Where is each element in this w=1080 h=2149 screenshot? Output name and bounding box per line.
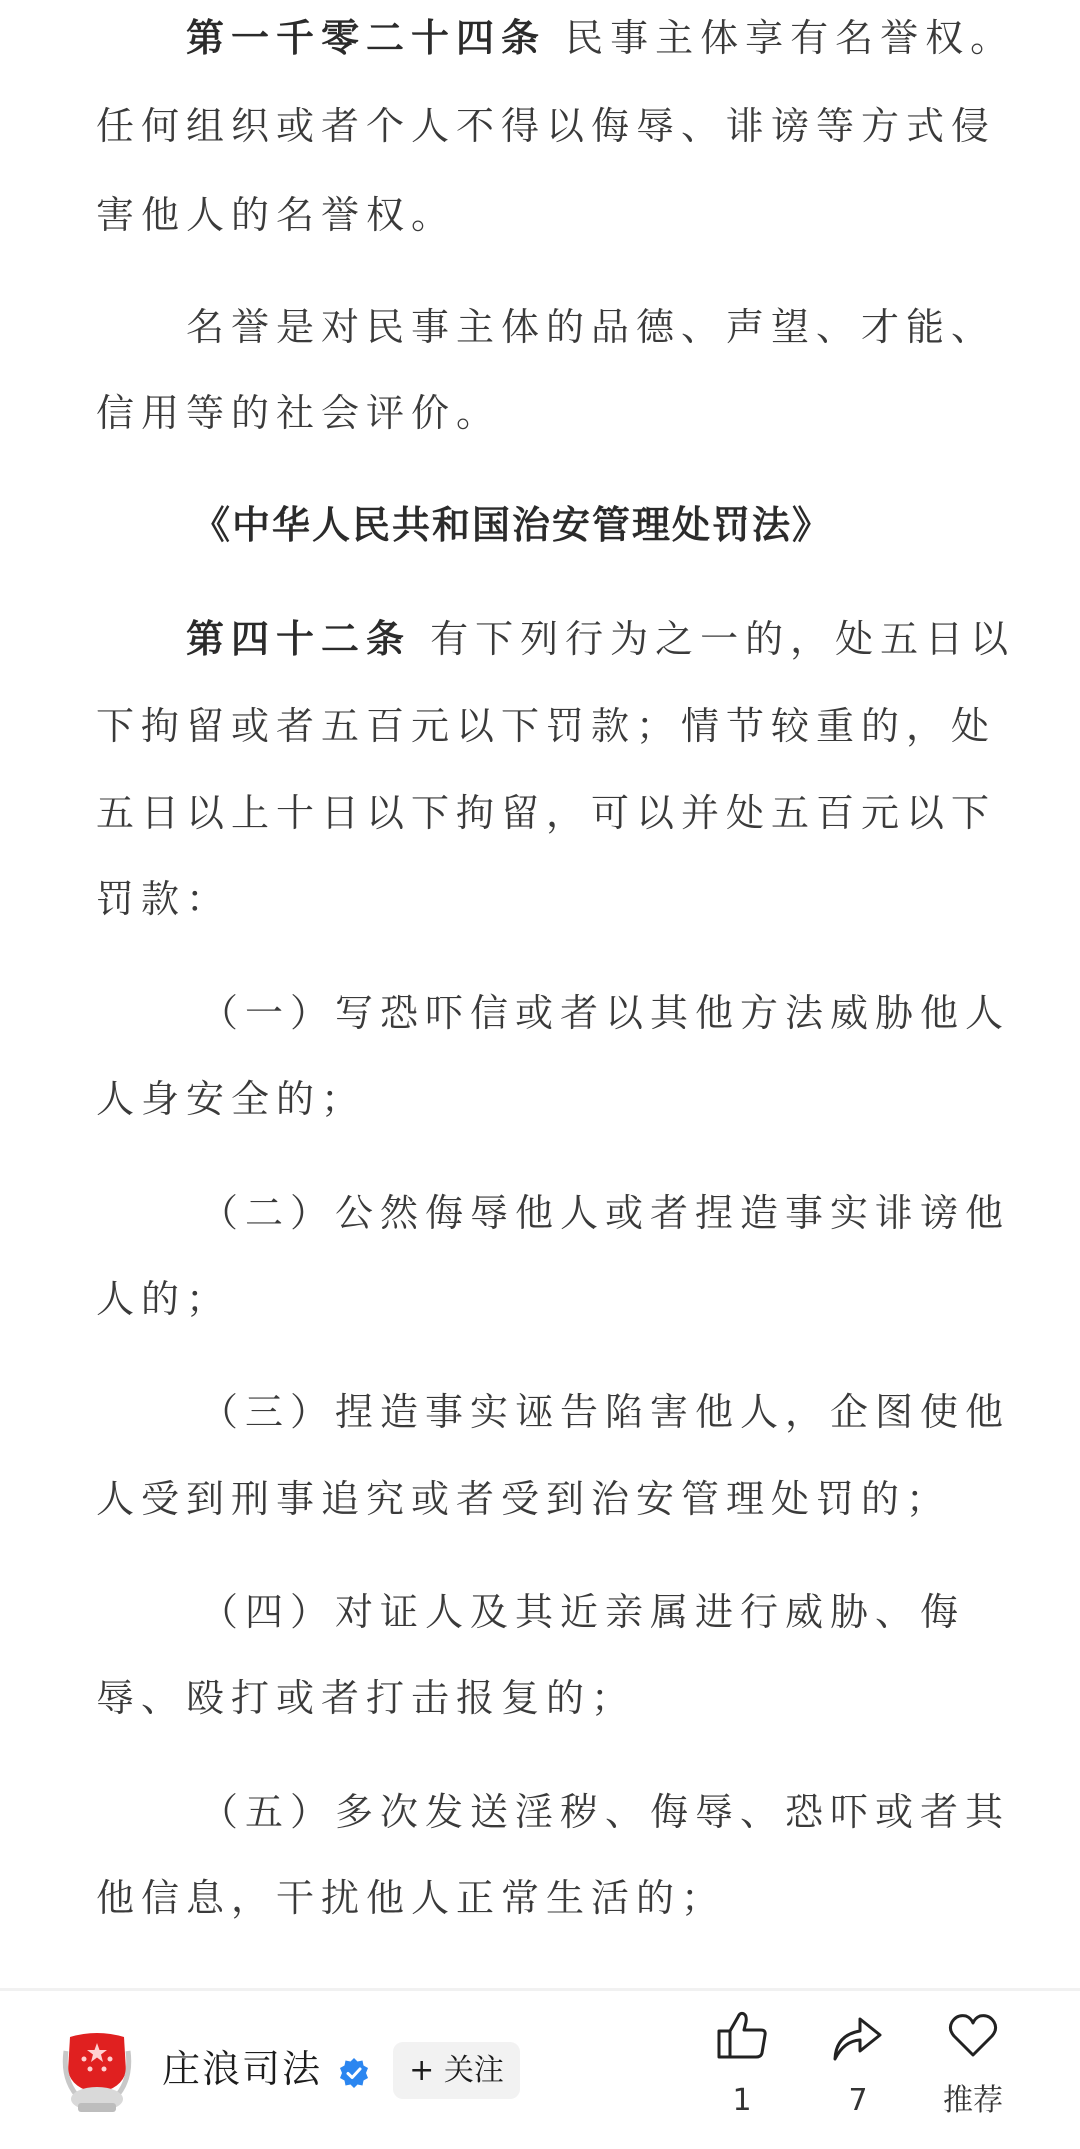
paragraph-line: 害他人的名誉权。 xyxy=(96,193,1026,237)
heart-icon xyxy=(947,2011,999,2061)
share-arrow-icon xyxy=(832,2011,884,2061)
paragraph-line: 任何组织或者个人不得以侮辱、诽谤等方式侵 xyxy=(96,104,1026,148)
follow-button[interactable]: + 关注 xyxy=(393,2042,520,2099)
like-count: 1 xyxy=(702,2083,782,2119)
paragraph-line: 第四十二条 有下列行为之一的，处五日以 xyxy=(186,617,1080,661)
author-avatar[interactable] xyxy=(60,2031,134,2115)
list-item-line: 辱、殴打或者打击报复的； xyxy=(96,1676,1026,1720)
list-item-line: （一）写恐吓信或者以其他方法威胁他人 xyxy=(200,991,1080,1035)
list-item-line: （五）多次发送淫秽、侮辱、恐吓或者其 xyxy=(200,1790,1080,1834)
list-item-line: 人身安全的； xyxy=(96,1077,1026,1121)
like-button[interactable]: 1 xyxy=(702,2011,782,2119)
court-emblem-icon xyxy=(60,2031,134,2115)
thumbs-up-icon xyxy=(716,2011,768,2061)
article-heading: 第一千零二十四条 xyxy=(186,16,546,60)
verified-badge-icon xyxy=(338,2057,370,2089)
law-title: 《中华人民共和国治安管理处罚法》 xyxy=(192,503,1080,547)
paragraph-line: 五日以上十日以下拘留，可以并处五百元以下 xyxy=(96,791,1026,835)
list-item-line: （二）公然侮辱他人或者捏造事实诽谤他 xyxy=(200,1191,1080,1235)
paragraph-line: 名誉是对民事主体的品德、声望、才能、 xyxy=(186,305,1080,349)
recommend-label: 推荐 xyxy=(933,2083,1013,2119)
list-item-line: 他信息，干扰他人正常生活的； xyxy=(96,1876,1026,1920)
bottom-action-bar: 庄浪司法 + 关注 1 7 推荐 xyxy=(0,1991,1080,2149)
share-button[interactable]: 7 xyxy=(818,2011,898,2119)
author-name[interactable]: 庄浪司法 xyxy=(162,2047,322,2091)
share-count: 7 xyxy=(818,2083,898,2119)
paragraph-line: 下拘留或者五百元以下罚款；情节较重的，处 xyxy=(96,704,1026,748)
paragraph-line: 信用等的社会评价。 xyxy=(96,391,1026,435)
paragraph-line: 第一千零二十四条 民事主体享有名誉权。 xyxy=(186,16,1080,60)
recommend-button[interactable]: 推荐 xyxy=(933,2011,1013,2119)
list-item-line: 人受到刑事追究或者受到治安管理处罚的； xyxy=(96,1477,1026,1521)
list-item-line: （三）捏造事实诬告陷害他人，企图使他 xyxy=(200,1390,1080,1434)
list-item-line: 人的； xyxy=(96,1277,1026,1321)
article-heading: 第四十二条 xyxy=(186,617,411,661)
paragraph-line: 罚款： xyxy=(96,877,1026,921)
list-item-line: （四）对证人及其近亲属进行威胁、侮 xyxy=(200,1590,1080,1634)
